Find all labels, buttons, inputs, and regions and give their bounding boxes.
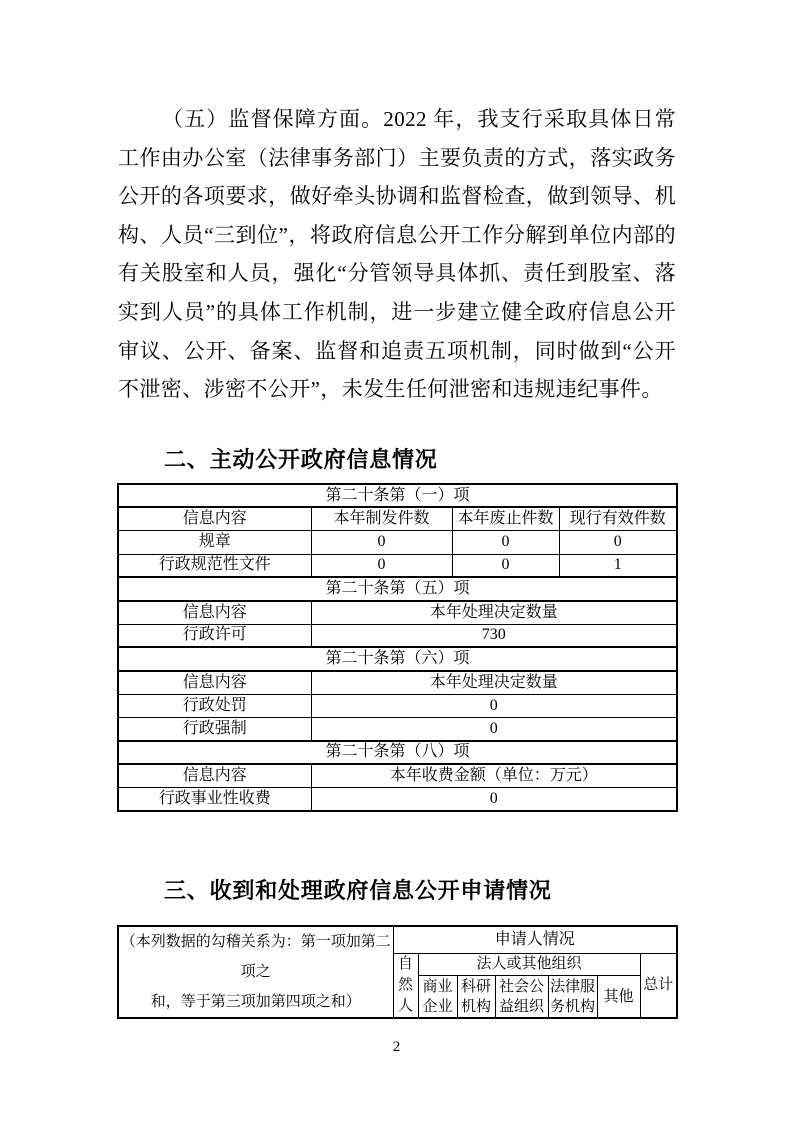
table-row: 信息内容 本年制发件数 本年废止件数 现行有效件数 — [118, 507, 677, 530]
table-section-title: 第二十条第（八）项 — [118, 741, 677, 764]
table-row: 行政规范性文件 0 0 1 — [118, 554, 677, 577]
page-number: 2 — [0, 1039, 793, 1056]
paragraph-supervision-guarantee: （五）监督保障方面。2022 年，我支行采取具体日常工作由办公室（法律事务部门）… — [118, 100, 676, 409]
table-row: 第二十条第（一）项 — [118, 484, 677, 507]
table-row: 第二十条第（八）项 — [118, 741, 677, 764]
table-label-cell: 行政强制 — [118, 717, 311, 740]
table-row: 第二十条第（五）项 — [118, 577, 677, 600]
table-header-cell: 信息内容 — [118, 601, 311, 624]
table-header-cell: 本年处理决定数量 — [311, 601, 677, 624]
table-header-public-welfare-org: 社会公益组织 — [495, 976, 548, 1019]
table-row: 信息内容 本年处理决定数量 — [118, 601, 677, 624]
table-header-legal-org: 法人或其他组织 — [418, 953, 640, 976]
table-value-cell: 0 — [452, 554, 559, 577]
table-value-cell: 0 — [311, 694, 677, 717]
section-heading-proactive-disclosure: 二、主动公开政府信息情况 — [164, 445, 438, 475]
table-row: 规章 0 0 0 — [118, 531, 677, 554]
application-table: （本列数据的勾稽关系为：第一项加第二项之 和，等于第三项加第四项之和） 申请人情… — [117, 925, 678, 1019]
table-section-title: 第二十条第（五）项 — [118, 577, 677, 600]
table-label-cell: 行政许可 — [118, 624, 311, 647]
table-value-cell: 0 — [311, 531, 452, 554]
table-header-legal-service-org: 法律服务机构 — [548, 976, 597, 1019]
table-note-cell: （本列数据的勾稽关系为：第一项加第二项之 和，等于第三项加第四项之和） — [118, 926, 393, 1018]
table-section-title: 第二十条第（一）项 — [118, 484, 677, 507]
table-row: 第二十条第（六）项 — [118, 647, 677, 670]
table-header-cell: 现行有效件数 — [559, 507, 677, 530]
note-line-1: （本列数据的勾稽关系为：第一项加第二项之 — [119, 927, 393, 987]
table-row: 行政处罚 0 — [118, 694, 677, 717]
table-value-cell: 0 — [311, 554, 452, 577]
table-value-cell: 0 — [559, 531, 677, 554]
document-page: （五）监督保障方面。2022 年，我支行采取具体日常工作由办公室（法律事务部门）… — [0, 0, 793, 1122]
note-line-2: 和，等于第三项加第四项之和） — [119, 987, 393, 1017]
table-header-total: 总计 — [640, 953, 677, 1018]
table-header-other-org: 其他 — [597, 976, 640, 1019]
table-label-cell: 行政处罚 — [118, 694, 311, 717]
table-row: 行政事业性收费 0 — [118, 787, 677, 811]
table-header-natural-person: 自然人 — [393, 953, 418, 1018]
table-header-commercial-enterprise: 商业企业 — [418, 976, 457, 1019]
section-heading-application-handling: 三、收到和处理政府信息公开申请情况 — [164, 876, 552, 906]
table-section-title: 第二十条第（六）项 — [118, 647, 677, 670]
table-value-cell: 0 — [311, 787, 677, 811]
table-value-cell: 0 — [452, 531, 559, 554]
table-header-cell: 信息内容 — [118, 507, 311, 530]
table-label-cell: 行政事业性收费 — [118, 787, 311, 811]
table-row: 信息内容 本年处理决定数量 — [118, 671, 677, 694]
table-header-applicant: 申请人情况 — [393, 926, 677, 953]
table-value-cell: 0 — [311, 717, 677, 740]
table-label-cell: 规章 — [118, 531, 311, 554]
table-header-cell: 本年收费金额（单位：万元） — [311, 764, 677, 787]
table-header-cell: 本年制发件数 — [311, 507, 452, 530]
proactive-disclosure-table: 第二十条第（一）项 信息内容 本年制发件数 本年废止件数 现行有效件数 规章 0… — [117, 483, 678, 812]
table-value-cell: 730 — [311, 624, 677, 647]
table-header-cell: 信息内容 — [118, 764, 311, 787]
table-row: 行政许可 730 — [118, 624, 677, 647]
table-header-cell: 本年处理决定数量 — [311, 671, 677, 694]
table-row: 行政强制 0 — [118, 717, 677, 740]
table-header-cell: 本年废止件数 — [452, 507, 559, 530]
table-header-cell: 信息内容 — [118, 671, 311, 694]
table-row: 信息内容 本年收费金额（单位：万元） — [118, 764, 677, 787]
table-label-cell: 行政规范性文件 — [118, 554, 311, 577]
table-row: （本列数据的勾稽关系为：第一项加第二项之 和，等于第三项加第四项之和） 申请人情… — [118, 926, 677, 953]
table-value-cell: 1 — [559, 554, 677, 577]
table-header-research-institution: 科研机构 — [457, 976, 495, 1019]
